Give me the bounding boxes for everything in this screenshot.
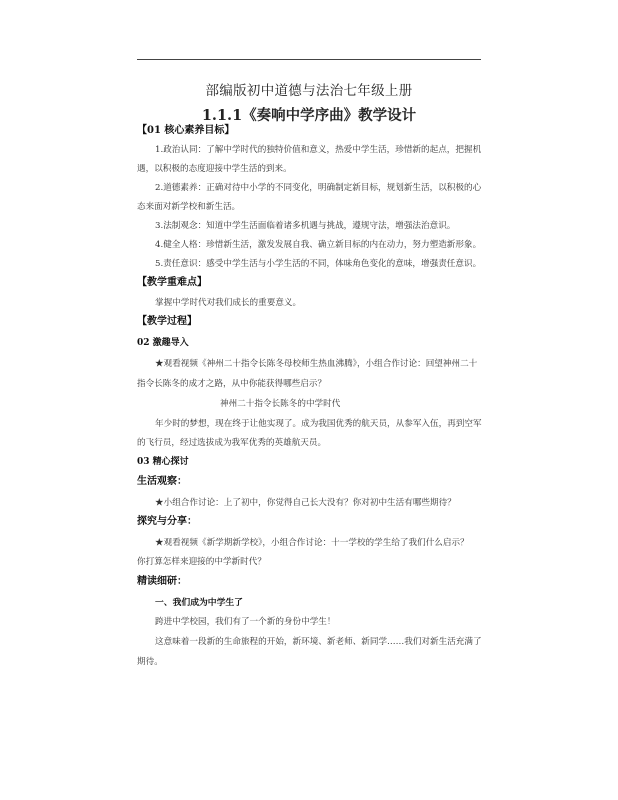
share-task-line1: ★观看视频《新学期新学校》，小组合作讨论：十一学校的学生给了我们什么启示？ <box>155 537 482 549</box>
intro-caption: 神州二十指令长陈冬的中学时代 <box>220 398 565 410</box>
goal-5: 5.责任意识：感受中学生活与小学生活的不同，体味角色变化的意味，增强责任意识。 <box>155 258 482 270</box>
goal-1-line1: 1.政治认同：了解中学时代的独特价值和意义，热爱中学生活，珍惜新的起点，把握机 <box>155 144 482 156</box>
read-subheading: 一、我们成为中学生了 <box>155 597 482 609</box>
goal-1-line2: 遇，以积极的态度迎接中学生活的到来。 <box>137 163 482 175</box>
read-para2-line2: 期待。 <box>137 656 482 668</box>
subheading-read: 精读细研： <box>137 576 482 588</box>
subheading-observe: 生活观察： <box>137 476 482 488</box>
read-para2-line1: 这意味着一段新的生命旅程的开始，新环境、新老师、新同学……我们对新生活充满了 <box>155 636 482 648</box>
document-subtitle: 1.1.1《奏响中学序曲》教学设计 <box>137 104 481 125</box>
section-heading-key-points: 【教学重难点】 <box>137 277 482 289</box>
section-heading-core-goals: 【01 核心素养目标】 <box>137 125 482 137</box>
observe-task: ★小组合作讨论：上了初中，你觉得自己长大没有？你对初中生活有哪些期待？ <box>155 497 482 509</box>
read-para1: 跨进中学校园，我们有了一个新的身份中学生！ <box>155 616 482 628</box>
header-rule <box>137 59 481 60</box>
subheading-explore: 03 精心探讨 <box>137 456 482 468</box>
goal-2-line1: 2.道德素养：正确对待中小学的不同变化，明确制定新目标，规划新生活，以积极的心 <box>155 182 482 194</box>
intro-task-line1: ★观看视频《神州二十指令长陈冬母校师生热血沸腾》，小组合作讨论：回望神州二十 <box>155 358 482 370</box>
intro-para-line2: 的飞行员，经过选拔成为我军优秀的英雄航天员。 <box>137 437 482 449</box>
goal-3: 3.法制观念：知道中学生活面临着诸多机遇与挑战，遵规守法，增强法治意识。 <box>155 220 482 232</box>
goal-2-line2: 态来面对新学校和新生活。 <box>137 201 482 213</box>
section-heading-process: 【教学过程】 <box>137 316 482 328</box>
goal-4: 4.健全人格：珍惜新生活，激发发展自我、确立新目标的内在动力，努力塑造新形象。 <box>155 239 482 251</box>
key-points-text: 掌握中学时代对我们成长的重要意义。 <box>155 297 482 309</box>
intro-para-line1: 年少时的梦想，现在终于让他实现了。成为我国优秀的航天员，从参军入伍，再到空军 <box>155 418 482 430</box>
share-task-line2: 你打算怎样来迎接的中学新时代？ <box>137 556 482 568</box>
subheading-share: 探究与分享： <box>137 516 482 528</box>
subheading-intro: 02 激趣导入 <box>137 337 482 349</box>
intro-task-line2: 指令长陈冬的成才之路，从中你能获得哪些启示？ <box>137 378 482 390</box>
document-title: 部编版初中道德与法治七年级上册 <box>137 79 481 99</box>
